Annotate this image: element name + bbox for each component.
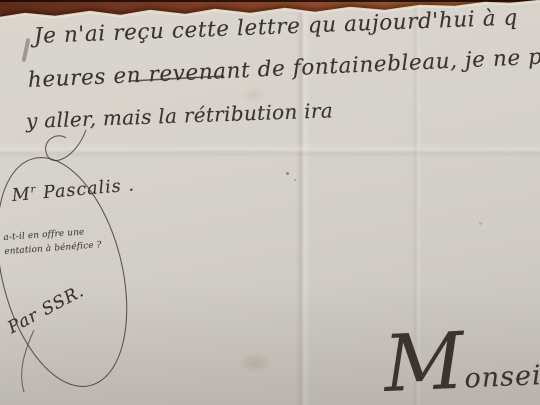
salutation: Monsei	[382, 323, 540, 400]
stain-spot-bottom	[238, 352, 272, 374]
ink-speck-2	[294, 179, 296, 181]
salutation-initial: M	[382, 317, 466, 405]
manuscript-photo: Je n'ai reçu cette lettre qu aujourd'hui…	[0, 0, 540, 405]
salutation-rest: onsei	[464, 360, 540, 394]
ink-speck-1	[286, 172, 289, 175]
margin-name-prefix: M	[11, 184, 32, 206]
ink-speck-3	[479, 222, 482, 225]
